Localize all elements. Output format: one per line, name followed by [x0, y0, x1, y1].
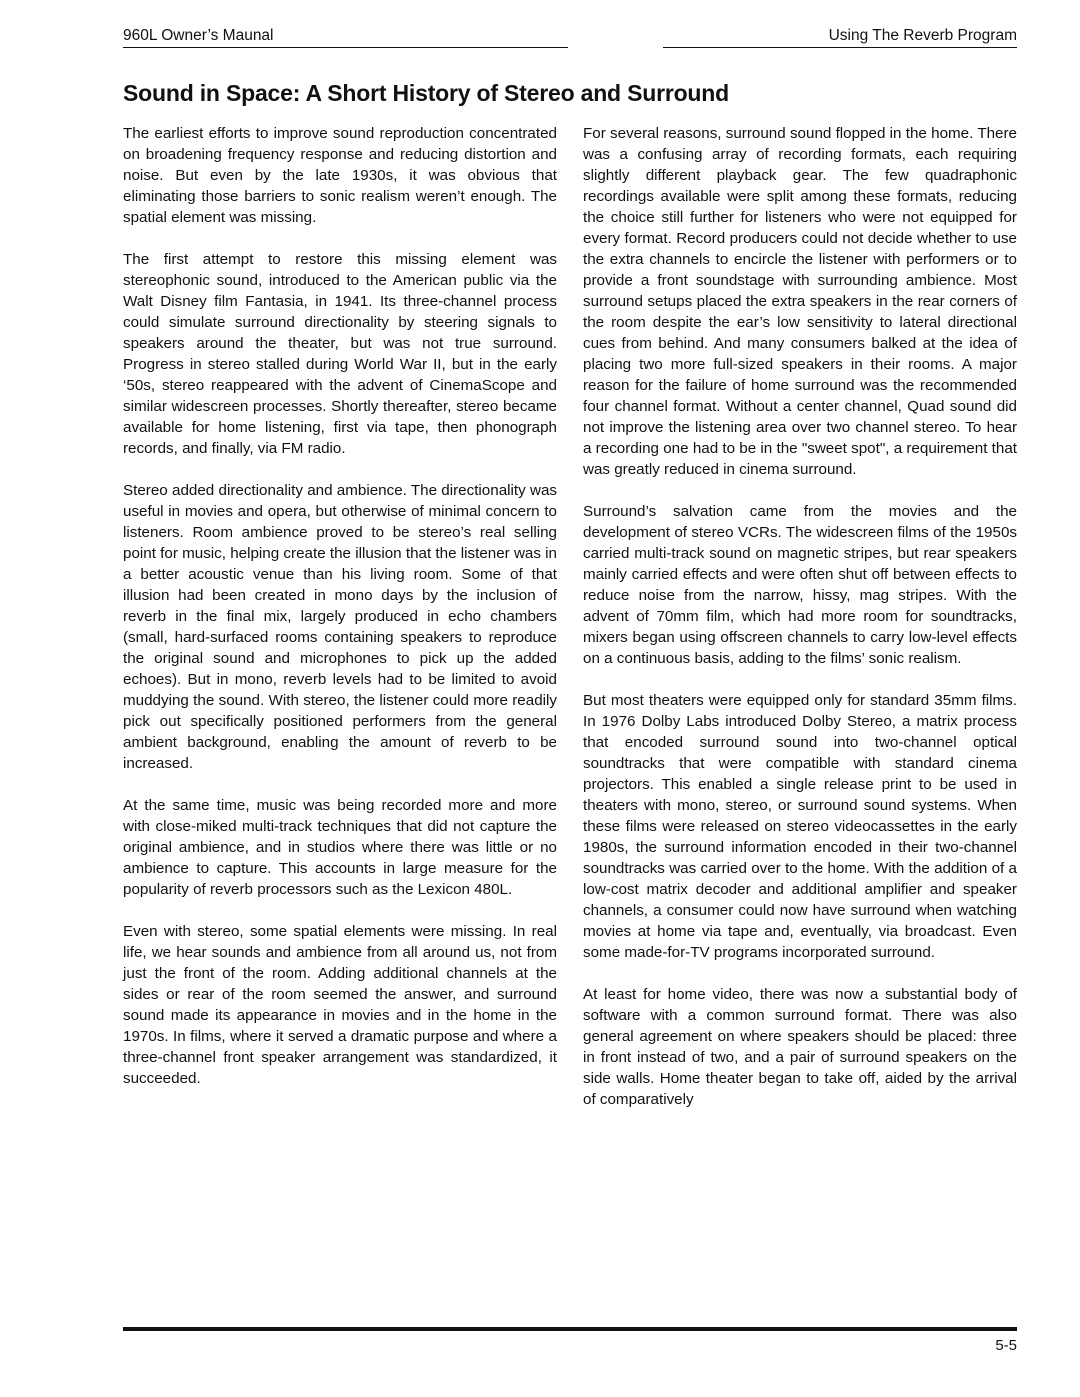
paragraph: But most theaters were equipped only for… — [583, 690, 1017, 963]
page-number: 5-5 — [995, 1336, 1017, 1356]
paragraph: The earliest efforts to improve sound re… — [123, 123, 557, 228]
paragraph: At least for home video, there was now a… — [583, 984, 1017, 1110]
footer-rule — [123, 1327, 1017, 1331]
paragraph: For several reasons, surround sound flop… — [583, 123, 1017, 480]
header-document-title: 960L Owner’s Maunal — [123, 27, 568, 48]
page-header: 960L Owner’s Maunal Using The Reverb Pro… — [123, 27, 1017, 48]
paragraph: Even with stereo, some spatial elements … — [123, 921, 557, 1089]
body-columns: The earliest efforts to improve sound re… — [123, 123, 1017, 1110]
left-column: The earliest efforts to improve sound re… — [123, 123, 557, 1110]
section-title: Sound in Space: A Short History of Stere… — [123, 80, 729, 107]
paragraph: At the same time, music was being record… — [123, 795, 557, 900]
header-chapter-title: Using The Reverb Program — [663, 27, 1017, 48]
paragraph: The first attempt to restore this missin… — [123, 249, 557, 459]
paragraph: Stereo added directionality and ambience… — [123, 480, 557, 774]
paragraph: Surround’s salvation came from the movie… — [583, 501, 1017, 669]
right-column: For several reasons, surround sound flop… — [583, 123, 1017, 1110]
manual-page: 960L Owner’s Maunal Using The Reverb Pro… — [0, 0, 1080, 1397]
